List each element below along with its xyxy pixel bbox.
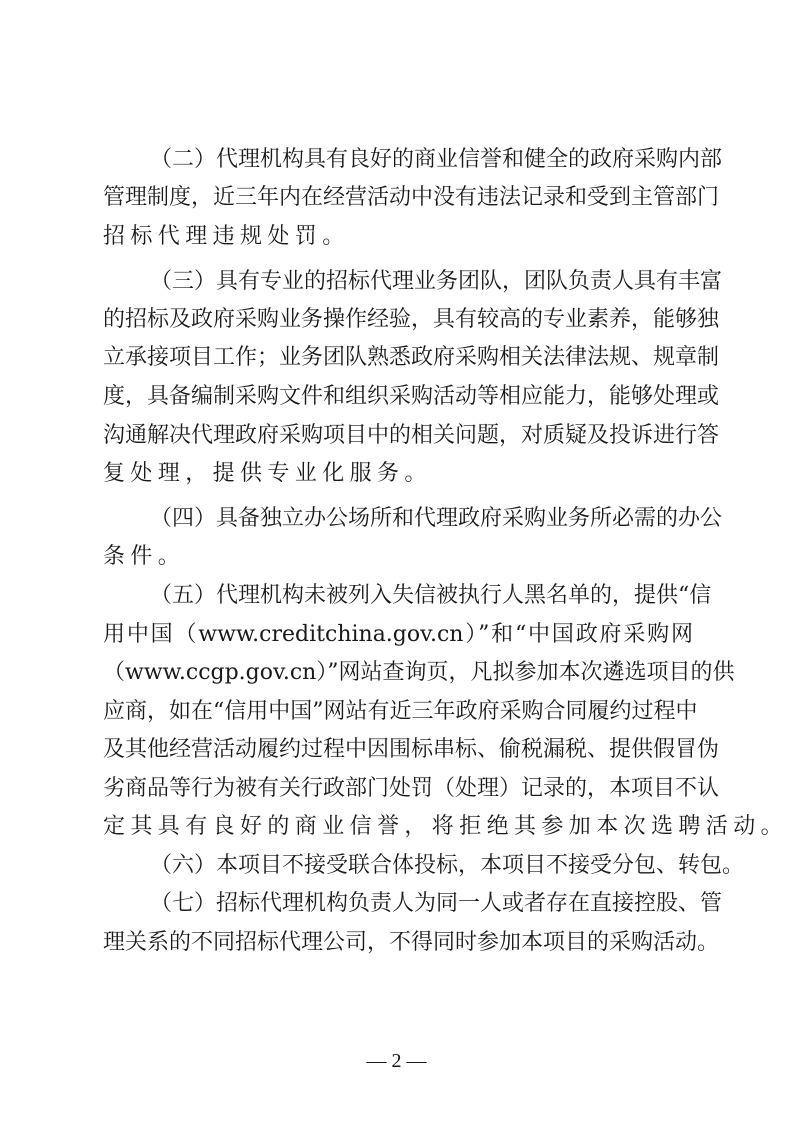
text-line: 招标代理违规处罚。 xyxy=(103,218,693,256)
text-line: （四）具备独立办公场所和代理政府采购业务所必需的办公 xyxy=(150,500,693,538)
text-line: 用中国（www.creditchina.gov.cn）”和“中国政府采购网 xyxy=(103,616,693,654)
text-line: （二）代理机构具有良好的商业信誉和健全的政府采购内部 xyxy=(150,141,693,179)
text-line: 复处理，提供专业化服务。 xyxy=(103,455,693,493)
text-line: （六）本项目不接受联合体投标，本项目不接受分包、转包。 xyxy=(150,847,693,885)
text-line: 管理制度，近三年内在经营活动中没有违法记录和受到主管部门 xyxy=(103,179,693,217)
text-line: 度，具备编制采购文件和组织采购活动等相应能力，能够处理或 xyxy=(103,378,693,416)
text-line: （三）具有专业的招标代理业务团队，团队负责人具有丰富 xyxy=(150,263,693,301)
page-number: — 2 — xyxy=(0,1050,793,1073)
text-line: 定其具有良好的商业信誉，将拒绝其参加本次选聘活动。 xyxy=(103,808,693,846)
text-line: 条件。 xyxy=(103,538,693,576)
text-line: 劣商品等行为被有关行政部门处罚（处理）记录的，本项目不认 xyxy=(103,770,693,808)
text-line: （www.ccgp.gov.cn）”网站查询页，凡拟参加本次遴选项目的供 xyxy=(103,654,693,692)
text-line: 理关系的不同招标代理公司，不得同时参加本项目的采购活动。 xyxy=(103,924,693,962)
text-line: 应商，如在“信用中国”网站有近三年政府采购合同履约过程中 xyxy=(103,693,693,731)
text-line: （七）招标代理机构负责人为同一人或者存在直接控股、管 xyxy=(150,885,693,923)
text-line: 及其他经营活动履约过程中因围标串标、偷税漏税、提供假冒伪 xyxy=(103,731,693,769)
document-page: （二）代理机构具有良好的商业信誉和健全的政府采购内部 管理制度，近三年内在经营活… xyxy=(0,0,793,1122)
text-line: 沟通解决代理政府采购项目中的相关问题，对质疑及投诉进行答 xyxy=(103,417,693,455)
text-line: （五）代理机构未被列入失信被执行人黑名单的，提供“信 xyxy=(150,577,693,615)
text-line: 的招标及政府采购业务操作经验，具有较高的专业素养，能够独 xyxy=(103,301,693,339)
text-line: 立承接项目工作；业务团队熟悉政府采购相关法律法规、规章制 xyxy=(103,339,693,377)
